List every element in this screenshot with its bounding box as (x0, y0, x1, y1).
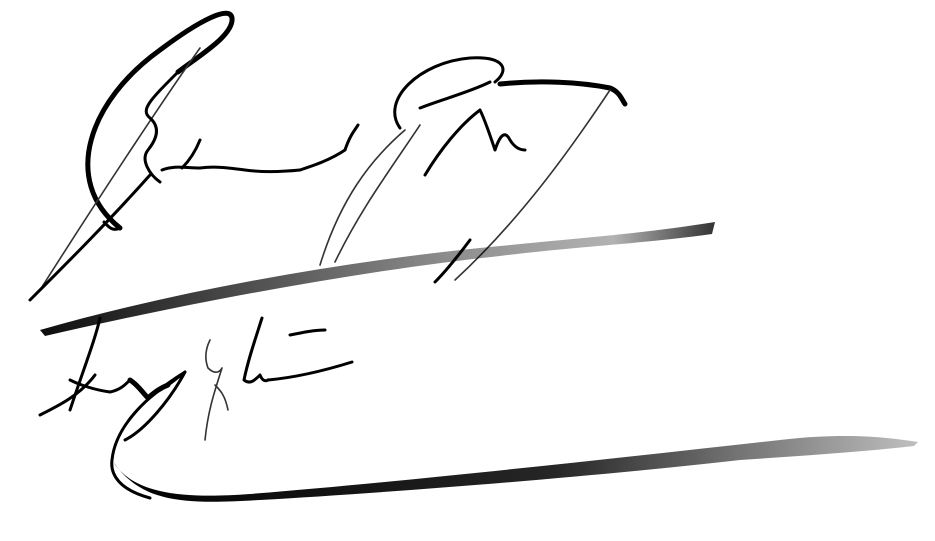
upper-underline-stroke (40, 222, 715, 336)
lower-underline-stroke (112, 372, 918, 502)
surname-stroke (320, 58, 625, 282)
second-line-stroke (40, 318, 352, 440)
first-name-stroke (30, 13, 358, 300)
signature (0, 0, 935, 541)
